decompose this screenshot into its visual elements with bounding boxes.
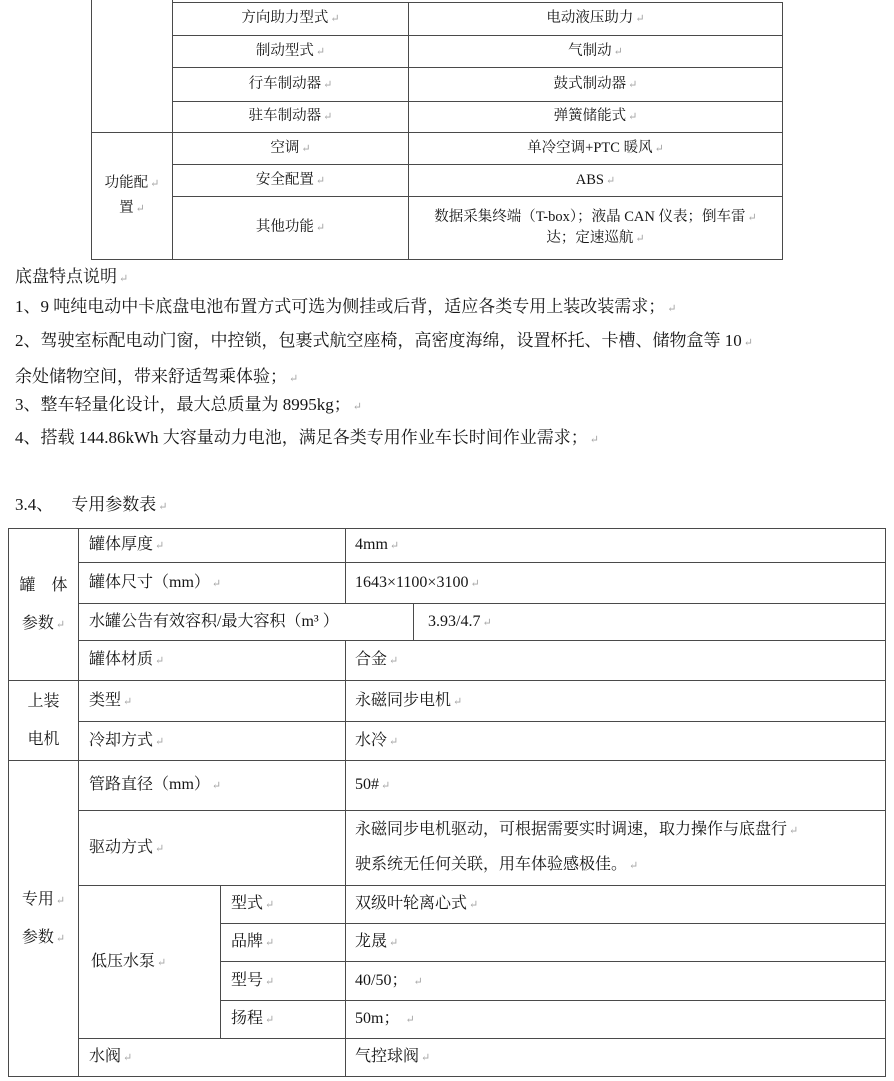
spec-label: 其他功能 <box>256 219 314 235</box>
paragraph-mark-icon <box>748 212 757 224</box>
paragraph-mark-icon <box>155 540 164 552</box>
paragraph-mark-icon <box>316 46 325 58</box>
paragraph-mark-icon <box>628 79 637 91</box>
spec-label-cell: 安全配置 <box>173 165 409 197</box>
section-title: 专用参数表 <box>71 495 156 514</box>
paragraph-mark-icon <box>453 696 462 708</box>
paragraph-mark-icon <box>614 46 623 58</box>
paragraph-mark-icon <box>155 655 164 667</box>
spec-label: 驻车制动器 <box>249 108 322 124</box>
paragraph-mark-icon <box>301 143 310 155</box>
spec-label: 方向助力型式 <box>241 10 328 26</box>
param-value-line: 永磁同步电机驱动，可根据需要实时调速，取力操作与底盘行 <box>355 813 877 848</box>
paragraph-mark-icon <box>389 736 398 748</box>
paragraph-mark-icon <box>289 373 298 385</box>
paragraph-mark-icon <box>421 1052 430 1064</box>
notes-title: 底盘特点说明 <box>15 266 128 290</box>
paragraph-mark-icon <box>123 696 132 708</box>
group-label-line: 参数 <box>11 919 76 957</box>
param-value-cell: 气控球阀 <box>346 1039 886 1077</box>
paragraph-mark-icon <box>155 736 164 748</box>
section-heading: 3.4、专用参数表 <box>15 490 167 515</box>
note-item-3: 3、整车轻量化设计，最大总质量为 8995kg； <box>15 394 362 418</box>
param-value-line: 驶系统无任何关联，用车体验感极佳。 <box>355 848 877 883</box>
note-line: 余处储物空间，带来舒适驾乘体验； <box>15 360 753 396</box>
group-cell-special-params: 专用 参数 <box>9 761 79 1077</box>
paragraph-mark-icon <box>629 860 638 872</box>
section-number: 3.4、 <box>15 495 53 514</box>
paragraph-mark-icon <box>323 111 332 123</box>
spec-value-cell: 气制动 <box>409 36 783 68</box>
param-value-cell: 50# <box>346 761 886 811</box>
spec-value-cell: 数据采集终端（T-box）；液晶 CAN 仪表；倒车雷 达；定速巡航 <box>409 197 783 260</box>
spec-value-cell: ABS <box>409 165 783 197</box>
spec-value-cell: 鼓式制动器 <box>409 68 783 102</box>
group-label-line: 罐 体 <box>11 567 76 605</box>
paragraph-mark-icon <box>136 203 145 215</box>
paragraph-mark-icon <box>655 143 664 155</box>
group-cell-body-motor: 上装 电机 <box>9 681 79 761</box>
spec-label: 制动型式 <box>256 43 314 59</box>
note-item-2: 2、驾驶室标配电动门窗，中控锁，包裹式航空座椅，高密度海绵，设置杯托、卡槽、储物… <box>15 324 753 396</box>
paragraph-mark-icon <box>390 540 399 552</box>
param-value-cell: 合金 <box>346 641 886 681</box>
param-value-cell: 龙晟 <box>346 924 886 962</box>
document-page: 方向助力型式 电动液压助力 制动型式 气制动 行车制动器 鼓式制动器 驻车制动器… <box>0 0 894 1081</box>
spec-label: 空调 <box>270 140 299 156</box>
paragraph-mark-icon <box>123 1052 132 1064</box>
paragraph-mark-icon <box>158 501 167 513</box>
spec-value-cell: 电动液压助力 <box>409 3 783 36</box>
spec-value-line: 达；定速巡航 <box>410 228 781 249</box>
param-value-cell: 永磁同步电机 <box>346 681 886 722</box>
param-value-cell: 双级叶轮离心式 <box>346 886 886 924</box>
paragraph-mark-icon <box>56 933 65 945</box>
paragraph-mark-icon <box>265 1014 274 1026</box>
paragraph-mark-icon <box>470 578 479 590</box>
spec-value: ABS <box>576 172 604 188</box>
group-label-line: 置 <box>93 196 171 221</box>
spec-value: 气制动 <box>568 43 612 59</box>
paragraph-mark-icon <box>265 976 274 988</box>
paragraph-mark-icon <box>353 401 362 413</box>
group-cell-tank-params: 罐 体 参数 <box>9 529 79 681</box>
spec-value-cell: 弹簧储能式 <box>409 102 783 133</box>
param-label-cell: 罐体材质 <box>79 641 346 681</box>
note-item-1: 1、9 吨纯电动中卡底盘电池布置方式可选为侧挂或后背，适应各类专用上装改装需求； <box>15 296 676 320</box>
paragraph-mark-icon <box>635 233 644 245</box>
paragraph-mark-icon <box>413 976 422 988</box>
param-value-cell: 4mm <box>346 529 886 563</box>
paragraph-mark-icon <box>635 13 644 25</box>
paragraph-mark-icon <box>119 273 128 285</box>
paragraph-mark-icon <box>56 895 65 907</box>
paragraph-mark-icon <box>316 175 325 187</box>
paragraph-mark-icon <box>330 13 339 25</box>
param-label-cell: 类型 <box>79 681 346 722</box>
spec-value: 弹簧储能式 <box>554 108 627 124</box>
param-label-cell: 管路直径（mm） <box>79 761 346 811</box>
paragraph-mark-icon <box>212 780 221 792</box>
group-label-line: 电机 <box>11 721 76 759</box>
spec-value: 单冷空调+PTC 暖风 <box>527 140 652 156</box>
spec-value: 鼓式制动器 <box>554 76 627 92</box>
paragraph-mark-icon <box>316 222 325 234</box>
group-label-line: 上装 <box>11 683 76 721</box>
param-label-cell: 扬程 <box>221 1001 346 1039</box>
paragraph-mark-icon <box>469 899 478 911</box>
paragraph-mark-icon <box>157 957 166 969</box>
group-label-line: 参数 <box>11 605 76 643</box>
spec-label: 安全配置 <box>256 172 314 188</box>
group-label-line: 专用 <box>11 881 76 919</box>
spec-value-cell: 单冷空调+PTC 暖风 <box>409 133 783 165</box>
param-value-cell: 1643×1100×3100 <box>346 563 886 604</box>
spec-label-cell: 制动型式 <box>173 36 409 68</box>
param-label-cell: 驱动方式 <box>79 811 346 886</box>
param-label-cell: 罐体厚度 <box>79 529 346 563</box>
special-param-table: 罐 体 参数 罐体厚度 4mm 罐体尺寸（mm） 1643×1100×3100 … <box>8 528 886 1077</box>
param-value-cell: 永磁同步电机驱动，可根据需要实时调速，取力操作与底盘行 驶系统无任何关联，用车体… <box>346 811 886 886</box>
paragraph-mark-icon <box>606 175 615 187</box>
paragraph-mark-icon <box>323 79 332 91</box>
paragraph-mark-icon <box>381 780 390 792</box>
param-label-cell: 水阀 <box>79 1039 346 1077</box>
spec-label-cell: 方向助力型式 <box>173 3 409 36</box>
param-value-cell: 50m； <box>346 1001 886 1039</box>
param-label-cell: 品牌 <box>221 924 346 962</box>
param-label-cell: 型式 <box>221 886 346 924</box>
spec-value-line: 数据采集终端（T-box）；液晶 CAN 仪表；倒车雷 <box>410 207 781 228</box>
spec-label-cell: 其他功能 <box>173 197 409 260</box>
param-label-cell: 冷却方式 <box>79 721 346 761</box>
param-label-cell: 罐体尺寸（mm） <box>79 563 346 604</box>
paragraph-mark-icon <box>265 899 274 911</box>
param-value-cell: 3.93/4.7 <box>414 604 886 641</box>
paragraph-mark-icon <box>628 111 637 123</box>
note-item-4: 4、搭载 144.86kWh 大容量动力电池，满足各类专用作业车长时间作业需求； <box>15 427 599 451</box>
group-label-line: 功能配 <box>93 171 171 196</box>
param-value-cell: 水冷 <box>346 721 886 761</box>
paragraph-mark-icon <box>405 1014 414 1026</box>
param-value-cell: 40/50； <box>346 962 886 1001</box>
group-cell-function-config: 功能配 置 <box>92 133 173 260</box>
spec-label-cell: 空调 <box>173 133 409 165</box>
param-label-cell: 型号 <box>221 962 346 1001</box>
paragraph-mark-icon <box>482 617 491 629</box>
group-cell-low-pressure-pump: 低压水泵 <box>79 886 221 1039</box>
spec-label-cell: 行车制动器 <box>173 68 409 102</box>
spec-value: 电动液压助力 <box>546 10 633 26</box>
paragraph-mark-icon <box>150 178 159 190</box>
paragraph-mark-icon <box>667 303 676 315</box>
paragraph-mark-icon <box>744 337 753 349</box>
param-label-cell: 水罐公告有效容积/最大容积（m³ ） <box>79 604 414 641</box>
spec-label-cell: 驻车制动器 <box>173 102 409 133</box>
paragraph-mark-icon <box>212 578 221 590</box>
paragraph-mark-icon <box>265 937 274 949</box>
group-cell-empty <box>92 3 173 133</box>
spec-label: 行车制动器 <box>249 76 322 92</box>
paragraph-mark-icon <box>590 434 599 446</box>
chassis-config-table: 方向助力型式 电动液压助力 制动型式 气制动 行车制动器 鼓式制动器 驻车制动器… <box>91 2 783 260</box>
paragraph-mark-icon <box>389 937 398 949</box>
paragraph-mark-icon <box>56 619 65 631</box>
paragraph-mark-icon <box>155 843 164 855</box>
paragraph-mark-icon <box>389 655 398 667</box>
paragraph-mark-icon <box>789 825 798 837</box>
note-line: 2、驾驶室标配电动门窗，中控锁，包裹式航空座椅，高密度海绵，设置杯托、卡槽、储物… <box>15 324 753 360</box>
